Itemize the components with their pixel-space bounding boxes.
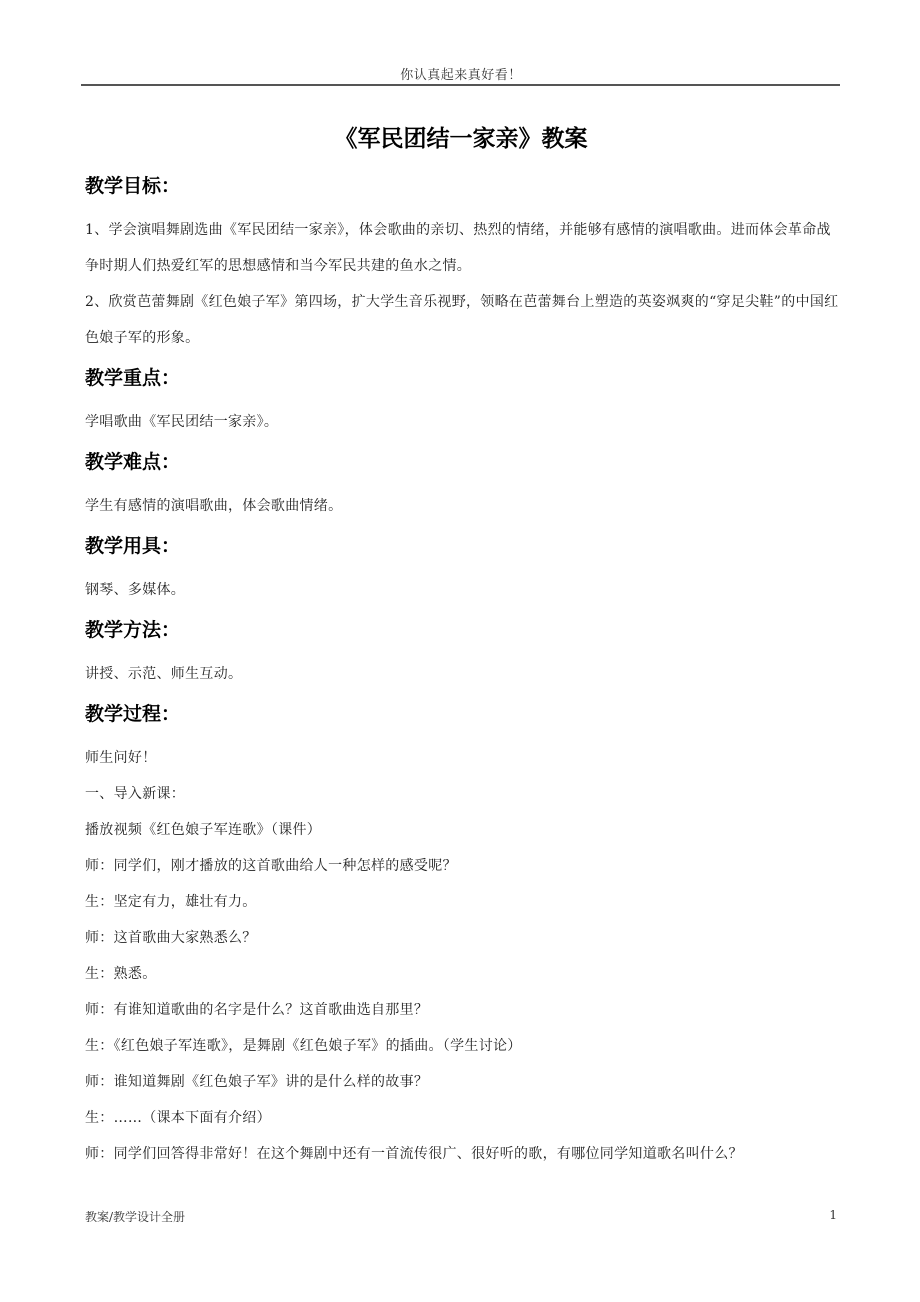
footer-label: 教案/教学设计全册 [85, 1208, 185, 1225]
section-heading: 教学方法： [85, 614, 840, 656]
process-line: 生：熟悉。 [85, 956, 840, 992]
focus-paragraph: 学唱歌曲《军民团结一家亲》。 [85, 404, 840, 440]
section-teaching-methods: 教学方法： 讲授、示范、师生互动。 [85, 614, 840, 692]
process-line: 生：坚定有力，雄壮有力。 [85, 884, 840, 920]
document-page: 你认真起来真好看！ 《军民团结一家亲》教案 教学目标： 1、学会演唱舞剧选曲《军… [0, 0, 920, 1302]
section-teaching-process: 教学过程： 师生问好！ 一、导入新课： 播放视频《红色娘子军连歌》（课件） 师：… [85, 698, 840, 1172]
running-header: 你认真起来真好看！ [82, 64, 840, 83]
section-heading: 教学用具： [85, 530, 840, 572]
process-line: 一、导入新课： [85, 776, 840, 812]
methods-paragraph: 讲授、示范、师生互动。 [85, 656, 840, 692]
header-divider [81, 84, 840, 86]
section-heading: 教学目标： [85, 170, 840, 212]
process-line: 师生问好！ [85, 740, 840, 776]
objective-paragraph-2: 2、欣赏芭蕾舞剧《红色娘子军》第四场，扩大学生音乐视野，领略在芭蕾舞台上塑造的英… [85, 284, 840, 356]
document-body: 教学目标： 1、学会演唱舞剧选曲《军民团结一家亲》，体会歌曲的亲切、热烈的情绪，… [85, 170, 840, 1172]
section-teaching-objectives: 教学目标： 1、学会演唱舞剧选曲《军民团结一家亲》，体会歌曲的亲切、热烈的情绪，… [85, 170, 840, 356]
process-line: 播放视频《红色娘子军连歌》（课件） [85, 812, 840, 848]
section-heading: 教学重点： [85, 362, 840, 404]
tools-paragraph: 钢琴、多媒体。 [85, 572, 840, 608]
running-footer: 教案/教学设计全册 1 [85, 1208, 837, 1225]
document-title: 《军民团结一家亲》教案 [82, 120, 840, 153]
process-line: 师：同学们回答得非常好！在这个舞剧中还有一首流传很广、很好听的歌，有哪位同学知道… [85, 1136, 840, 1172]
section-teaching-tools: 教学用具： 钢琴、多媒体。 [85, 530, 840, 608]
process-line: 师：有谁知道歌曲的名字是什么？这首歌曲选自那里？ [85, 992, 840, 1028]
section-heading: 教学难点： [85, 446, 840, 488]
page-number: 1 [829, 1208, 837, 1225]
section-teaching-focus: 教学重点： 学唱歌曲《军民团结一家亲》。 [85, 362, 840, 440]
process-line: 师：谁知道舞剧《红色娘子军》讲的是什么样的故事？ [85, 1064, 840, 1100]
objective-paragraph-1: 1、学会演唱舞剧选曲《军民团结一家亲》，体会歌曲的亲切、热烈的情绪，并能够有感情… [85, 212, 840, 284]
process-line: 生：……（课本下面有介绍） [85, 1100, 840, 1136]
process-line: 师：这首歌曲大家熟悉么？ [85, 920, 840, 956]
process-line: 师：同学们，刚才播放的这首歌曲给人一种怎样的感受呢？ [85, 848, 840, 884]
section-teaching-difficulty: 教学难点： 学生有感情的演唱歌曲，体会歌曲情绪。 [85, 446, 840, 524]
difficulty-paragraph: 学生有感情的演唱歌曲，体会歌曲情绪。 [85, 488, 840, 524]
section-heading: 教学过程： [85, 698, 840, 740]
process-line: 生：《红色娘子军连歌》，是舞剧《红色娘子军》的插曲。（学生讨论） [85, 1028, 840, 1064]
